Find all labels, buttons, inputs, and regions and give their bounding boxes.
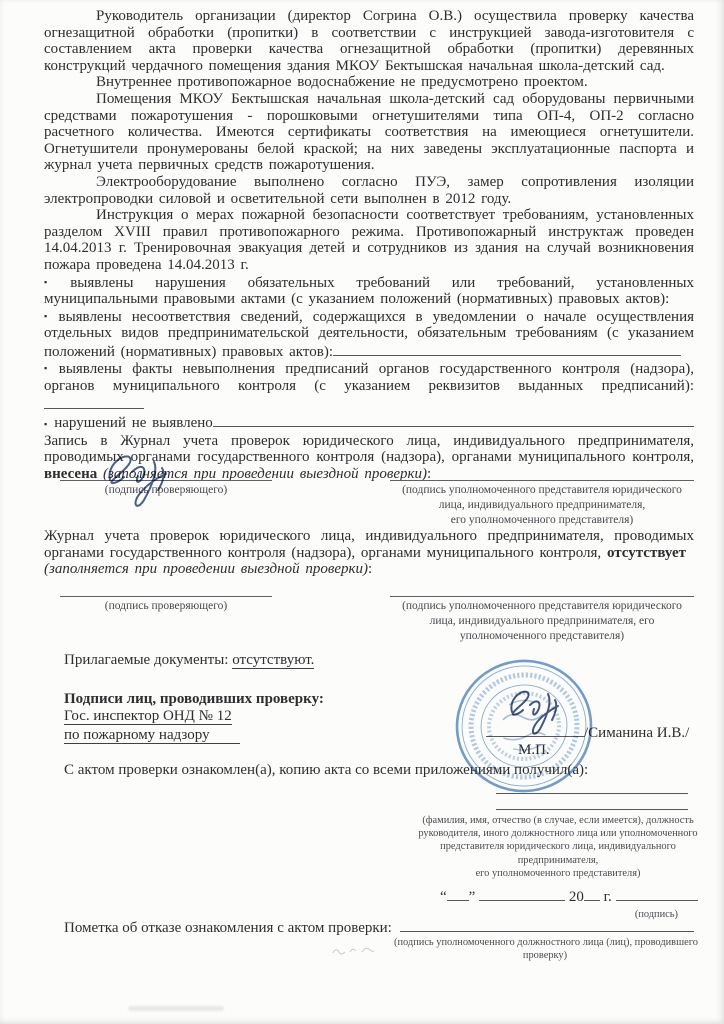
signature-caption-line: лица, индивидуального предпринимателя, — [390, 498, 694, 513]
blank-day — [447, 888, 469, 901]
bullet-icon: ▪ — [44, 277, 63, 287]
signature-caption: (подпись проверяющего) — [60, 599, 272, 614]
attachments-label: Прилагаемые документы: — [64, 652, 228, 668]
blank-line — [44, 395, 144, 409]
signature-caption-line: его уполномоченного представителя) — [390, 513, 694, 528]
blank-line — [213, 413, 694, 427]
attachments-line: Прилагаемые документы: отсутствуют. — [64, 652, 694, 669]
blank-line — [496, 778, 688, 794]
bullet-item: ▪выявлены нарушения обязательных требова… — [44, 274, 694, 308]
blank-line — [333, 342, 681, 356]
refusal-caption-line: проверку) — [394, 949, 696, 962]
bullet-item: ▪выявлены факты невыполнения предписаний… — [44, 360, 694, 413]
signature-line — [390, 480, 694, 481]
bullet-text: выявлены нарушения обязательных требован… — [44, 275, 694, 308]
representative-signature-area: (подпись уполномоченного представителя ю… — [390, 470, 694, 528]
bullet-icon: ▪ — [44, 311, 52, 321]
ack-caption-line: руководителя, иного должностного лица ил… — [410, 827, 706, 840]
pencil-mark — [330, 944, 376, 958]
signers-title: Подписи лиц, проводивших проверку: — [64, 690, 694, 708]
acknowledgement-signature-area: (фамилия, имя, отчество (в случае, если … — [410, 778, 706, 921]
paragraph: Инструкция о мерах пожарной безопасности… — [44, 207, 694, 273]
ack-caption-line: (фамилия, имя, отчество (в случае, если … — [410, 814, 706, 827]
bullet-icon: ▪ — [44, 363, 52, 373]
refusal-caption-line: (подпись уполномоченного должностного ли… — [394, 936, 696, 949]
signer-position-line2: по пожарному надзору — [64, 727, 240, 744]
journal-absent-text: Журнал учета проверок юридического лица,… — [44, 528, 694, 561]
quote-mark: ” — [469, 889, 476, 905]
seal-mark: М.П. — [518, 742, 550, 759]
year-suffix: г. — [604, 889, 612, 905]
ack-caption-line: его уполномоченного представителя) — [410, 867, 706, 880]
body-text: Руководитель организации (директор Согри… — [44, 8, 694, 483]
handwritten-signature — [500, 684, 588, 742]
bullet-item: ▪выявлены несоответствия сведений, содер… — [44, 308, 694, 361]
ack-caption-line: представителя юридического лица, индивид… — [410, 840, 706, 853]
signature-block-2: (подпись проверяющего) (подпись уполномо… — [44, 584, 694, 644]
paragraph: Помещения МКОУ Бектышская начальная школ… — [44, 91, 694, 174]
quote-mark: “ — [440, 889, 447, 905]
blank-month — [479, 888, 565, 901]
signer-position-line1: Гос. инспектор ОНД № 12 — [64, 708, 232, 725]
signature-caption-line: (подпись уполномоченного представителя ю… — [390, 483, 694, 498]
bullet-icon: ▪ — [44, 416, 47, 433]
representative-signature-area: (подпись уполномоченного представителя ю… — [390, 584, 694, 644]
blank-year — [584, 888, 600, 901]
refusal-label: Пометка об отказе ознакомления с актом п… — [64, 920, 392, 937]
inspector-name: /Симанина И.В./ — [584, 725, 689, 742]
year-prefix: 20 — [569, 889, 584, 905]
journal-absent-paragraph: Журнал учета проверок юридического лица,… — [44, 528, 694, 578]
refusal-row: Пометка об отказе ознакомления с актом п… — [64, 918, 694, 937]
paragraph: Руководитель организации (директор Согри… — [44, 8, 694, 74]
bullet-item: ▪нарушений не выявлено — [44, 413, 694, 433]
acknowledgement-line: С актом проверки ознакомлен(а), копию ак… — [64, 762, 694, 779]
scanned-act-page: Руководитель организации (директор Согри… — [0, 0, 724, 1024]
signature-line — [390, 596, 694, 597]
signature-line — [60, 596, 272, 597]
bullet-text: выявлены факты невыполнения предписаний … — [44, 361, 694, 394]
refusal-caption: (подпись уполномоченного должностного ли… — [394, 936, 696, 962]
scan-smudge — [128, 1006, 224, 1011]
ack-caption-line: предпринимателя, — [410, 854, 706, 867]
blank-line — [496, 794, 688, 810]
journal-absent-italic: (заполняется при проведении выездной про… — [44, 561, 368, 577]
attachments-value: отсутствуют. — [232, 652, 314, 669]
bullet-text: нарушений не выявлено — [54, 415, 213, 432]
blank-signature — [616, 888, 698, 901]
date-row: “” 20 г. — [410, 888, 706, 906]
journal-absent-bold: отсутствует — [607, 545, 686, 561]
journal-absent-colon: : — [368, 561, 372, 577]
paragraph: Электрооборудование выполнено согласно П… — [44, 174, 694, 207]
signature-caption-line: (подпись уполномоченного представителя ю… — [390, 599, 694, 614]
paragraph: Внутреннее противопожарное водоснабжение… — [44, 74, 694, 91]
signature-caption-line: лица, индивидуального предпринимателя, е… — [390, 614, 694, 629]
inspector-signature-area: (подпись проверяющего) — [60, 584, 272, 644]
blank-line — [400, 918, 694, 932]
handwritten-signature — [96, 450, 208, 512]
signature-caption-line: уполномоченного представителя) — [390, 629, 694, 644]
